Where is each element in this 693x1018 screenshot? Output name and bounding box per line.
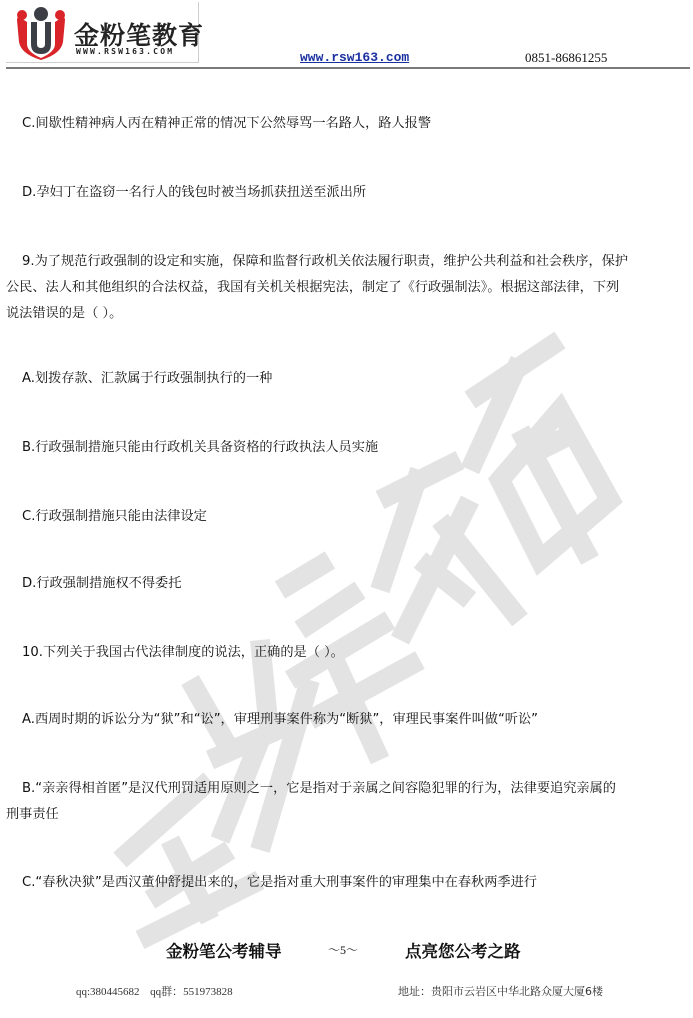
brand-url: WWW.RSW163.COM xyxy=(76,47,174,56)
q10-option-b-line-2: 刑事责任 xyxy=(6,802,59,828)
q9-option-a: A.划拨存款、汇款属于行政强制执行的一种 xyxy=(22,366,272,392)
qq-group-label: qq群： xyxy=(150,986,183,998)
q10-option-b-line-1: B.“亲亲得相首匿”是汉代刑罚适用原则之一，它是指对于亲属之间容隐犯罪的行为，法… xyxy=(22,776,616,802)
page-header: 金粉笔教育 WWW.RSW163.COM www.rsw163.com 0851… xyxy=(0,0,693,70)
q9-stem-line-2: 公民、法人和其他组织的合法权益，我国有关机关根据宪法，制定了《行政强制法》。根据… xyxy=(6,275,619,301)
qq-number: qq:380445682 xyxy=(76,986,140,998)
website-link[interactable]: www.rsw163.com xyxy=(300,50,409,65)
brand-logo: 金粉笔教育 WWW.RSW163.COM xyxy=(6,2,199,63)
qq-group-number: 551973828 xyxy=(183,986,233,998)
header-divider xyxy=(6,67,690,69)
footer-contact-qq: qq:380445682 qq群：551973828 xyxy=(76,983,233,999)
q9-stem-line-1: 9.为了规范行政强制的设定和实施，保障和监督行政机关依法履行职责，维护公共利益和… xyxy=(22,249,628,275)
q8-option-c: C.间歇性精神病人丙在精神正常的情况下公然辱骂一名路人，路人报警 xyxy=(22,111,431,137)
phone-number: 0851-86861255 xyxy=(525,50,607,66)
q9-option-c: C.行政强制措施只能由法律设定 xyxy=(22,504,207,530)
page-number: ～5～ xyxy=(328,941,358,958)
q10-option-a: A.西周时期的诉讼分为“狱”和“讼”，审理刑事案件称为“断狱”，审理民事案件叫做… xyxy=(22,707,538,733)
footer-address: 地址：贵阳市云岩区中华北路众厦大厦6楼 xyxy=(398,983,603,999)
q9-stem-line-3: 说法错误的是（ ）。 xyxy=(6,301,122,327)
mascot-shield-logo-icon xyxy=(13,6,69,60)
q10-option-c: C.“春秋决狱”是西汉董仲舒提出来的，它是指对重大刑事案件的审理集中在春秋两季进… xyxy=(22,870,537,896)
q8-option-d: D.孕妇丁在盗窃一名行人的钱包时被当场抓获扭送至派出所 xyxy=(22,180,366,206)
footer-slogan-right: 点亮您公考之路 xyxy=(405,938,521,962)
q10-stem: 10.下列关于我国古代法律制度的说法，正确的是（ ）。 xyxy=(22,640,344,666)
q9-option-d: D.行政强制措施权不得委托 xyxy=(22,571,181,597)
footer-slogan-left: 金粉笔公考辅导 xyxy=(166,938,282,962)
q9-option-b: B.行政强制措施只能由行政机关具备资格的行政执法人员实施 xyxy=(22,435,378,461)
